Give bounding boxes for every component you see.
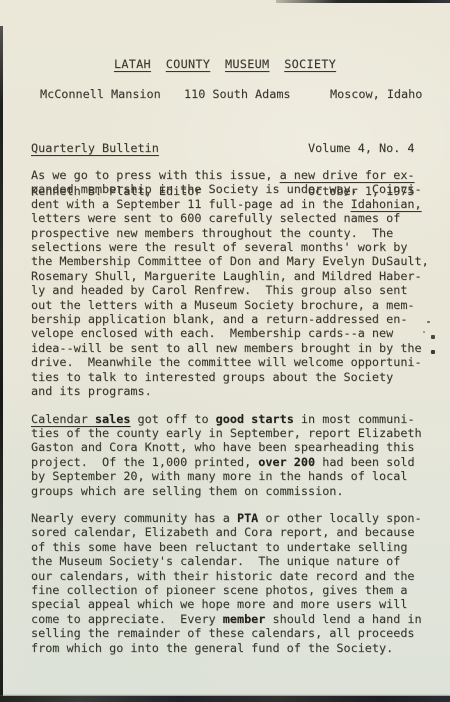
text-segment: sored calendar, Elizabeth and Cora repor… [31,525,415,539]
text-segment: LATAH [114,57,151,71]
paragraph: Nearly every community has a PTA or othe… [31,511,435,655]
text-line: ly and headed by Carol Renfrew. This gro… [31,283,435,297]
text-line: velope enclosed with each. Membership ca… [31,326,435,340]
text-segment: our calendars, with their historic date … [31,569,415,583]
text-segment: drive. Meanwhile the committee will welc… [31,355,422,369]
text-segment: groups which are selling them on commiss… [31,484,344,498]
document-body: As we go to press with this issue, a new… [31,168,435,668]
text-segment: sales [95,412,131,426]
text-segment: selections were the result of several mo… [31,240,407,254]
text-line: sored calendar, Elizabeth and Cora repor… [31,525,435,539]
text-line: idea--will be sent to all new members br… [31,341,435,355]
text-segment: had been sold [315,455,414,469]
text-segment: and its programs. [31,384,152,398]
text-line: ties of the county early in September, r… [31,426,435,440]
text-segment: over 200 [258,455,315,469]
text-line: groups which are selling them on commiss… [31,484,435,498]
text-segment: or other locally spon- [258,511,421,525]
text-segment: bership application blank, and a return-… [31,312,407,326]
scanned-page: LATAH COUNTY MUSEUM SOCIETY McConnell Ma… [0,0,450,702]
text-line: Calendar sales got off to good starts in… [31,412,435,426]
street-address: 110 South Adams [184,87,291,101]
text-segment: SOCIETY [284,57,336,71]
text-segment [269,57,284,71]
text-line: selections were the result of several mo… [31,240,435,254]
bulletin-title: Quarterly Bulletin [31,141,201,155]
text-line: bership application blank, and a return-… [31,312,435,326]
volume-number: Volume 4, No. 4 [308,141,415,155]
text-segment: PTA [237,511,258,525]
text-line: letters were sent to 600 carefully selec… [31,211,435,225]
text-segment: out the letters with a Museum Society br… [31,298,415,312]
text-segment: COUNTY [166,57,210,71]
text-line: drive. Meanwhile the committee will welc… [31,355,435,369]
text-segment: selling the remainder of these calendars… [31,626,415,640]
paragraph: Calendar sales got off to good starts in… [31,412,435,498]
text-line: Rosemary Shull, Marguerite Laughlin, and… [31,269,435,283]
text-segment: good starts [216,412,294,426]
text-line: project. Of the 1,000 printed, over 200 … [31,455,435,469]
text-segment: should lend a hand in [265,612,421,626]
text-segment: got off to [130,412,215,426]
text-segment: of this some have been reluctant to unde… [31,540,407,554]
text-segment: ties of the county early in September, r… [31,426,422,440]
text-line: come to appreciate. Every member should … [31,612,435,626]
text-segment: letters were sent to 600 carefully selec… [31,211,400,225]
text-segment: idea--will be sent to all new members br… [31,341,422,355]
text-segment: from which go into the general fund of t… [31,641,393,655]
city-state: Moscow, Idaho [330,87,422,101]
mansion-name: McConnell Mansion [40,87,161,101]
scan-edge-bottom [0,696,450,702]
text-line: out the letters with a Museum Society br… [31,298,435,312]
text-segment: special appeal which we hope more and mo… [31,597,407,611]
text-segment: the Membership Committee of Don and Mary… [31,254,429,268]
text-line: special appeal which we hope more and mo… [31,597,435,611]
text-segment: MUSEUM [225,57,269,71]
text-segment: project. Of the 1,000 printed, [31,455,258,469]
text-segment: prospective new members throughout the c… [31,226,393,240]
text-line: from which go into the general fund of t… [31,641,435,655]
text-segment: a new drive for ex- [280,168,415,182]
text-segment: ties to talk to interested groups about … [31,370,393,384]
text-line: the Museum Society's calendar. The uniqu… [31,554,435,568]
paragraph: As we go to press with this issue, a new… [31,168,435,399]
text-segment [210,57,225,71]
text-line: dent with a September 11 full-page ad in… [31,197,435,211]
text-line: our calendars, with their historic date … [31,569,435,583]
text-line: ties to talk to interested groups about … [31,370,435,384]
text-line: Gaston and Cora Knott, who have been spe… [31,440,435,454]
text-line: and its programs. [31,384,435,398]
text-line: the Membership Committee of Don and Mary… [31,254,435,268]
text-line: prospective new members throughout the c… [31,226,435,240]
text-segment: dent with a September 11 full-page ad in… [31,197,351,211]
text-segment [151,57,166,71]
text-segment: velope enclosed with each. Membership ca… [31,326,393,340]
text-segment: member [223,612,266,626]
text-segment: fine collection of pioneer scene photos,… [31,583,407,597]
text-segment: Nearly every community has a [31,511,237,525]
text-segment: Rosemary Shull, Marguerite Laughlin, and… [31,269,422,283]
text-line: fine collection of pioneer scene photos,… [31,583,435,597]
text-segment: panded membership in the Society is unde… [31,182,422,196]
text-line: Nearly every community has a PTA or othe… [31,511,435,525]
text-segment: Gaston and Cora Knott, who have been spe… [31,440,415,454]
text-line: by September 20, with many more in the h… [31,469,435,483]
text-segment: by September 20, with many more in the h… [31,469,407,483]
text-line: panded membership in the Society is unde… [31,182,435,196]
text-segment: ly and headed by Carol Renfrew. This gro… [31,283,407,297]
text-segment: come to appreciate. Every [31,612,223,626]
text-line: of this some have been reluctant to unde… [31,540,435,554]
text-line: selling the remainder of these calendars… [31,626,435,640]
scan-edge-top [276,0,450,3]
text-segment: Idahonian, [351,197,422,211]
text-segment: Calendar [31,412,95,426]
text-line: As we go to press with this issue, a new… [31,168,435,182]
text-segment: in most communi- [294,412,415,426]
text-segment: the Museum Society's calendar. The uniqu… [31,554,400,568]
text-segment: As we go to press with this issue, [31,168,280,182]
society-title: LATAH COUNTY MUSEUM SOCIETY [0,57,450,71]
